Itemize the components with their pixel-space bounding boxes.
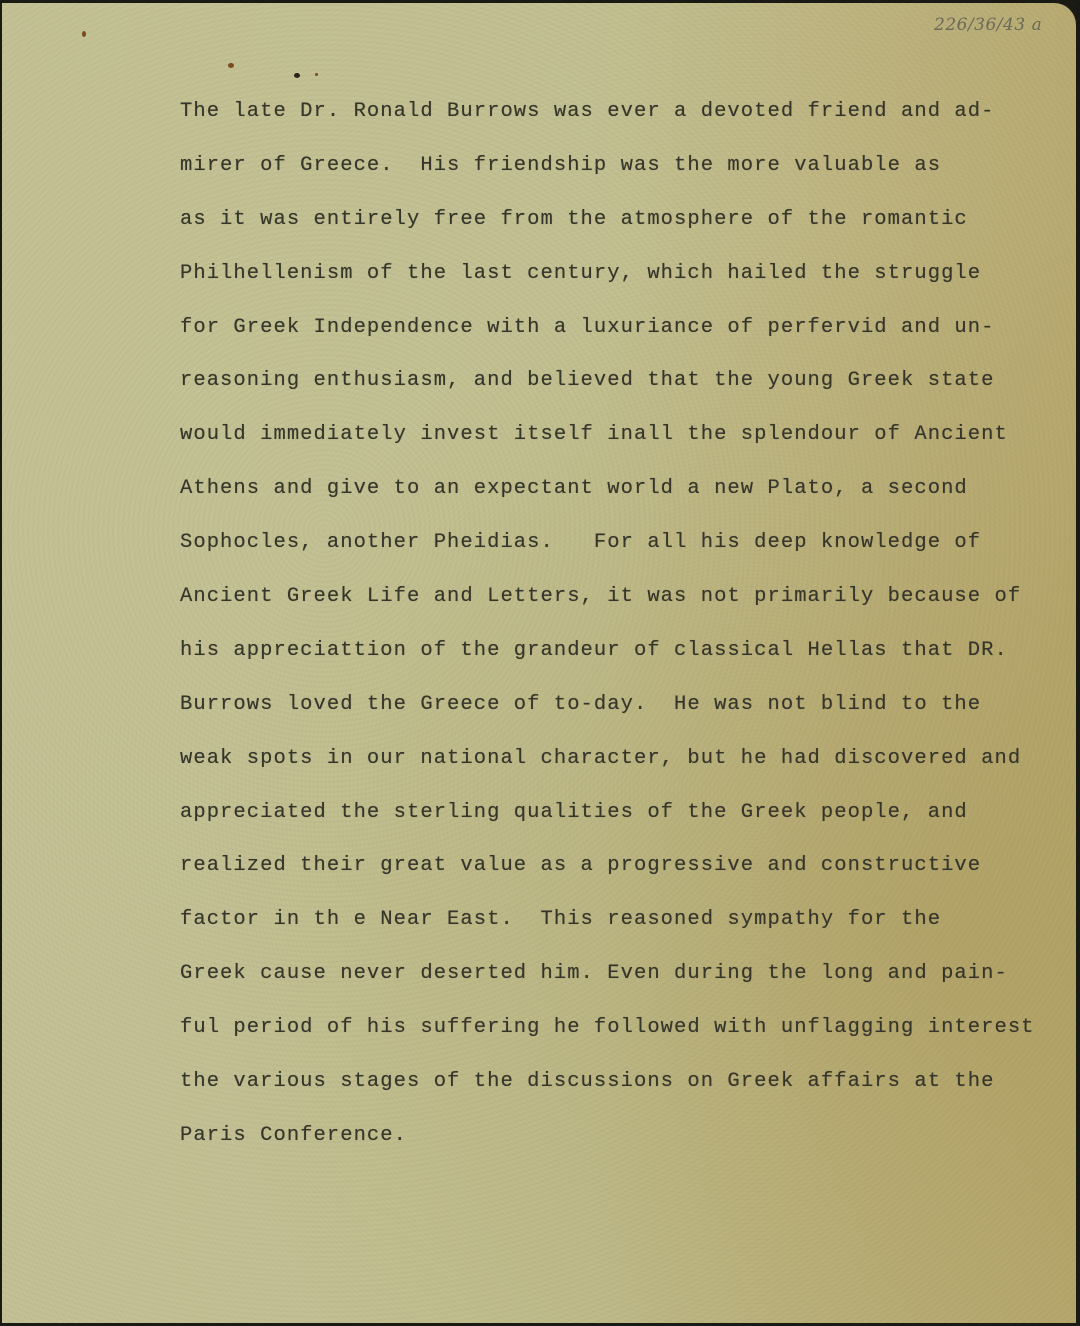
typewritten-page: 226/36/43 a The late Dr. Ronald Burrows … bbox=[2, 3, 1076, 1323]
archive-reference-number: 226/36/43 a bbox=[934, 15, 1042, 35]
text-line: Sophocles, another Pheidias. For all his… bbox=[180, 526, 1060, 580]
text-line: The late Dr. Ronald Burrows was ever a d… bbox=[180, 95, 1060, 149]
ink-spot bbox=[294, 73, 300, 78]
text-line: Greek cause never deserted him. Even dur… bbox=[180, 957, 1060, 1011]
text-line: weak spots in our national character, bu… bbox=[180, 742, 1060, 796]
text-line: Paris Conference. bbox=[180, 1119, 1060, 1173]
text-line: his appreciattion of the grandeur of cla… bbox=[180, 634, 1060, 688]
ink-spot bbox=[315, 73, 318, 76]
text-line: Burrows loved the Greece of to-day. He w… bbox=[180, 688, 1060, 742]
letter-body: The late Dr. Ronald Burrows was ever a d… bbox=[180, 95, 1060, 1173]
text-line: for Greek Independence with a luxuriance… bbox=[180, 311, 1060, 365]
text-line: as it was entirely free from the atmosph… bbox=[180, 203, 1060, 257]
text-line: Athens and give to an expectant world a … bbox=[180, 472, 1060, 526]
text-line: Ancient Greek Life and Letters, it was n… bbox=[180, 580, 1060, 634]
text-line: mirer of Greece. His friendship was the … bbox=[180, 149, 1060, 203]
text-line: factor in th e Near East. This reasoned … bbox=[180, 903, 1060, 957]
text-line: Philhellenism of the last century, which… bbox=[180, 257, 1060, 311]
text-line: appreciated the sterling qualities of th… bbox=[180, 796, 1060, 850]
text-line: reasoning enthusiasm, and believed that … bbox=[180, 364, 1060, 418]
ink-spot bbox=[82, 31, 86, 37]
ink-spot bbox=[228, 63, 234, 68]
text-line: ful period of his suffering he followed … bbox=[180, 1011, 1060, 1065]
text-line: realized their great value as a progress… bbox=[180, 849, 1060, 903]
text-line: the various stages of the discussions on… bbox=[180, 1065, 1060, 1119]
text-line: would immediately invest itself inall th… bbox=[180, 418, 1060, 472]
